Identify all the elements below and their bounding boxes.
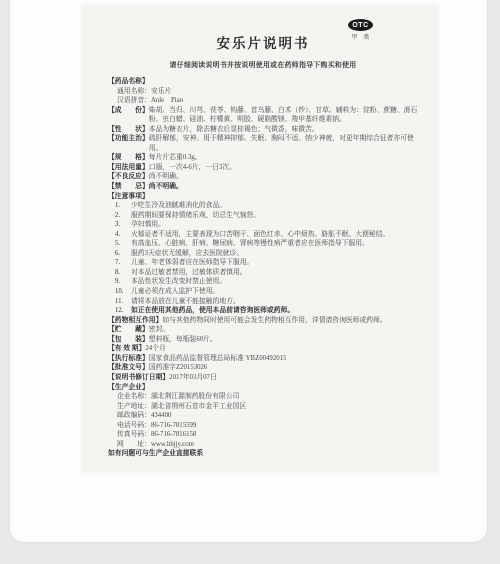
spec-row: 【包 装】塑料瓶，每瓶装60片。 [108,335,418,345]
precaution-item: 2.服药期间要保持情绪乐观，切忌生气恼怒。 [108,211,418,221]
precaution-item: 7.儿童、年老体弱者应在医师指导下服用。 [108,258,418,268]
field-value: 如有问题可与生产企业直接联系 [108,449,418,459]
item-number: 3. [115,220,131,230]
section-heading: 【药品名称】 [108,77,418,87]
item-number: 1. [115,201,131,211]
field-value: 企业名称：湖北荆江源制药股份有限公司 [117,392,418,402]
field-label: 【规 格】 [108,153,149,163]
field-value: 火郁证者不适用，主要表现为口苦咽干、面色红赤、心中烦热、胁胀不眠、大便秘结。 [131,230,418,240]
page-subtitle: 请仔细阅读说明书并按说明使用或在药师指导下购买和使用 [108,59,418,69]
otc-badge: OTC 甲 类 [348,19,375,41]
spec-row: 【成 份】柴胡、当归、川芎、茯苓、钩藤、首乌藤、白术（炒）、甘草。辅料为：淀粉、… [108,106,418,125]
field-value: 如与其他药物同时使用可能会发生药物相互作用，详情请咨询医师或药师。 [162,316,418,326]
field-label: 【生产企业】 [108,383,149,393]
spec-row: 电话号码：86-716-7815599 [108,421,418,431]
field-label: 【包 装】 [108,335,149,345]
spec-row: 【有 效 期】24个月 [108,344,418,354]
field-label: 【成 份】 [108,106,149,116]
spec-row: 通用名称：安乐片 [108,87,418,97]
field-value: 传真号码：86-716-7816158 [117,430,418,440]
field-label: 【药物相互作用】 [108,316,162,326]
product-card: OTC 甲 类 安乐片说明书 请仔细阅读说明书并按说明使用或在药师指导下购买和使… [10,0,487,542]
field-value: 国家食品药品监督管理总局标准 YBZ00492015 [149,354,418,364]
field-value: 2017年03月07日 [169,373,418,383]
section-heading: 【注意事项】 [108,192,418,202]
field-value: 本品为糖衣片，除去糖衣后显棕褐色；气微香，味微苦。 [149,125,418,135]
spec-row: 【不良反应】尚不明确。 [108,172,418,182]
spec-row: 传真号码：86-716-7816158 [108,430,418,440]
item-number: 2. [115,211,131,221]
field-label: 【注意事项】 [108,192,149,202]
precaution-item: 9.本品性状发生改变时禁止使用。 [108,277,418,287]
field-value: 汉语拼音：Anle Pian [117,96,418,106]
spec-row: 【规 格】每片片芯重0.3g。 [108,153,418,163]
field-label: 【说明书修订日期】 [108,373,169,383]
field-label: 【不良反应】 [108,172,149,182]
precaution-item: 3.孕妇慎用。 [108,220,418,230]
precaution-item: 12.如正在使用其他药品，使用本品前请咨询医师或药师。 [108,306,418,316]
item-number: 10. [115,287,131,297]
precaution-item: 5.有高血压、心脏病、肝病、糖尿病、肾病等慢性病严重者应在医师指导下服用。 [108,239,418,249]
field-value: 服药期间要保持情绪乐观，切忌生气恼怒。 [131,211,418,221]
field-value: 服药3天症状无缓解，应去医院就诊。 [131,249,418,259]
item-number: 9. [115,277,131,287]
field-value: 网 址：www.hbjjy.com [117,440,418,450]
spec-row: 【功能主治】疏肝解郁，安神。用于精神抑郁、失眠、胸闷不适、纳少神疲，对更年期综合… [108,134,418,153]
footer-note: 如有问题可与生产企业直接联系 [108,449,418,459]
precaution-item: 11.请将本品放在儿童不能接触的地方。 [108,297,418,307]
field-value: 密封。 [149,325,418,335]
field-value: 尚不明确。 [149,172,418,182]
item-number: 12. [115,306,131,316]
otc-icon: OTC [348,19,373,31]
field-value: 对本品过敏者禁用，过敏体质者慎用。 [131,268,418,278]
field-value: 国药准字Z20153026 [149,363,418,373]
field-value: 每片片芯重0.3g。 [149,153,418,163]
otc-class-label: 甲 类 [348,32,375,41]
field-label: 【批准文号】 [108,363,149,373]
field-label: 【执行标准】 [108,354,149,364]
spec-row: 【批准文号】国药准字Z20153026 [108,363,418,373]
item-number: 11. [115,297,131,307]
precaution-item: 4.火郁证者不适用，主要表现为口苦咽干、面色红赤、心中烦热、胁胀不眠、大便秘结。 [108,230,418,240]
spec-row: 【药物相互作用】如与其他药物同时使用可能会发生药物相互作用，详情请咨询医师或药师… [108,316,418,326]
precaution-item: 10.儿童必须在成人监护下使用。 [108,287,418,297]
field-value: 孕妇慎用。 [131,220,418,230]
spec-row: 【说明书修订日期】2017年03月07日 [108,373,418,383]
spec-row: 企业名称：湖北荆江源制药股份有限公司 [108,392,418,402]
drug-leaflet: OTC 甲 类 安乐片说明书 请仔细阅读说明书并按说明使用或在药师指导下购买和使… [82,6,438,471]
field-value: 电话号码：86-716-7815599 [117,421,418,431]
field-value: 有高血压、心脏病、肝病、糖尿病、肾病等慢性病严重者应在医师指导下服用。 [131,239,418,249]
field-value: 口服，一次4-6片，一日3次。 [149,163,418,173]
item-number: 7. [115,258,131,268]
field-value: 24个月 [145,344,418,354]
field-label: 【功能主治】 [108,134,149,144]
precaution-item: 6.服药3天症状无缓解，应去医院就诊。 [108,249,418,259]
spec-rows: 【药品名称】通用名称：安乐片汉语拼音：Anle Pian【成 份】柴胡、当归、川… [108,77,418,459]
field-value: 儿童、年老体弱者应在医师指导下服用。 [131,258,418,268]
spec-row: 【用法用量】口服，一次4-6片，一日3次。 [108,163,418,173]
field-label: 【用法用量】 [108,163,149,173]
field-label: 【药品名称】 [108,77,149,87]
field-value: 疏肝解郁，安神。用于精神抑郁、失眠、胸闷不适、纳少神疲，对更年期综合征者亦可使用… [149,134,418,153]
field-value: 本品性状发生改变时禁止使用。 [131,277,418,287]
field-value: 生产地址：湖北省荆州石首市金平工业园区 [117,402,418,412]
field-label: 【贮 藏】 [108,325,149,335]
spec-row: 网 址：www.hbjjy.com [108,440,418,450]
spec-row: 【贮 藏】密封。 [108,325,418,335]
item-number: 8. [115,268,131,278]
item-number: 4. [115,230,131,240]
item-number: 5. [115,239,131,249]
spec-row: 【执行标准】国家食品药品监督管理总局标准 YBZ00492015 [108,354,418,364]
precaution-item: 8.对本品过敏者禁用，过敏体质者慎用。 [108,268,418,278]
spec-row: 【禁 忌】尚不明确。 [108,182,418,192]
field-label: 【性 状】 [108,125,149,135]
field-value: 柴胡、当归、川芎、茯苓、钩藤、首乌藤、白术（炒）、甘草。辅料为：淀粉、蔗糖、滑石… [149,106,418,125]
spec-row: 【性 状】本品为糖衣片，除去糖衣后显棕褐色；气微香，味微苦。 [108,125,418,135]
field-value: 尚不明确。 [149,182,418,192]
field-value: 通用名称：安乐片 [117,87,418,97]
field-value: 塑料瓶，每瓶装60片。 [149,335,418,345]
field-value: 邮政编码：434400 [117,411,418,421]
field-value: 儿童必须在成人监护下使用。 [131,287,418,297]
field-label: 【禁 忌】 [108,182,149,192]
field-value: 少吃生冷及油腻难消化的食品。 [131,201,418,211]
field-value: 如正在使用其他药品，使用本品前请咨询医师或药师。 [131,306,418,316]
spec-row: 汉语拼音：Anle Pian [108,96,418,106]
spec-row: 生产地址：湖北省荆州石首市金平工业园区 [108,402,418,412]
precaution-item: 1.少吃生冷及油腻难消化的食品。 [108,201,418,211]
field-value: 请将本品放在儿童不能接触的地方。 [131,297,418,307]
item-number: 6. [115,249,131,259]
field-label: 【有 效 期】 [108,344,145,354]
spec-row: 邮政编码：434400 [108,411,418,421]
section-heading: 【生产企业】 [108,383,418,393]
